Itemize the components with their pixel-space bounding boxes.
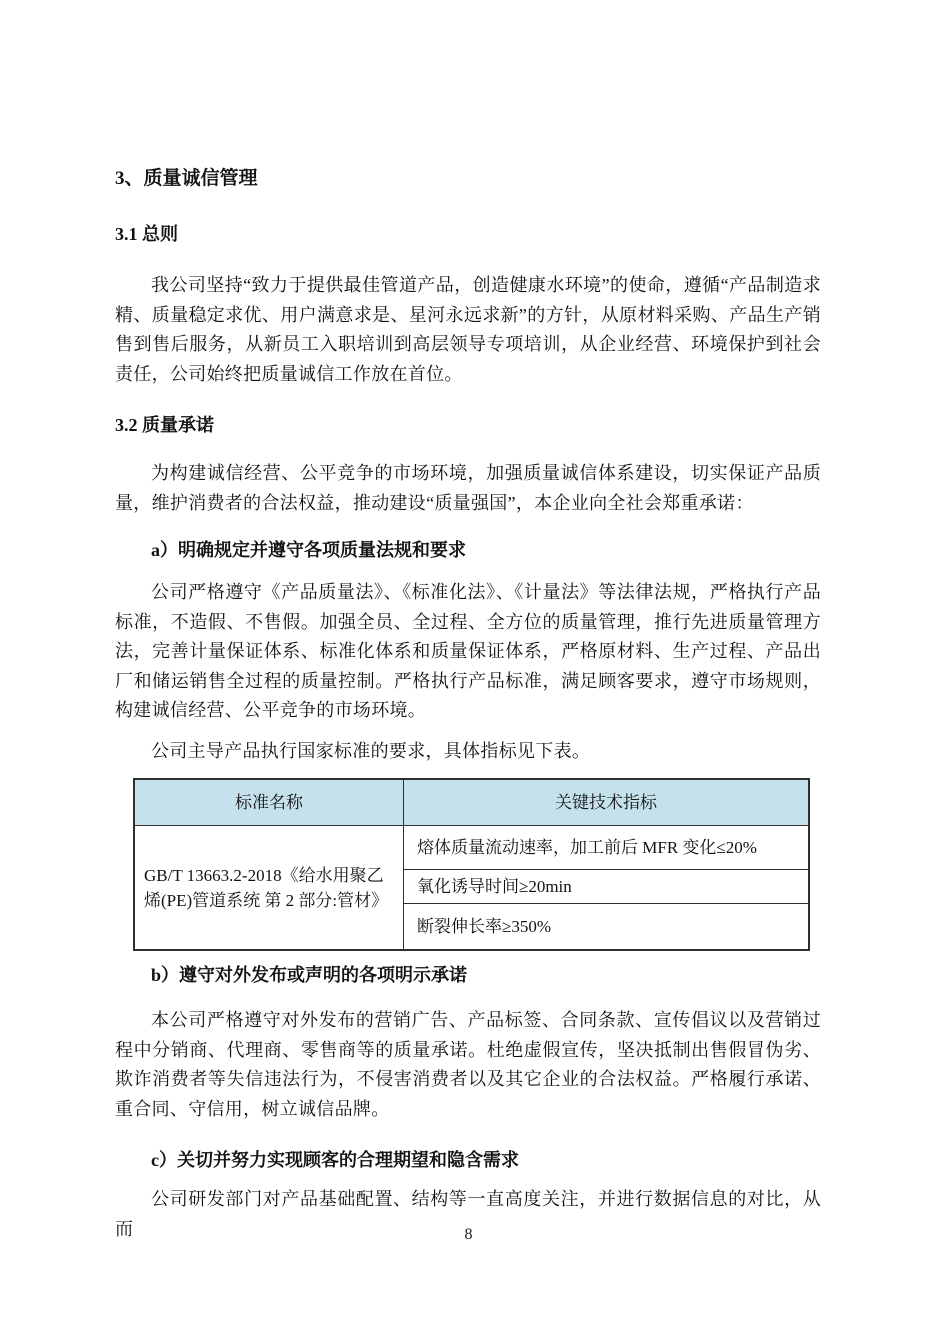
item-c-title: c）关切并努力实现顾客的合理期望和隐含需求	[115, 1147, 821, 1173]
item-a-title: a）明确规定并遵守各项质量法规和要求	[115, 537, 821, 563]
table-header-key-indicators: 关键技术指标	[404, 780, 808, 826]
section-3-2-paragraph: 为构建诚信经营、公平竞争的市场环境，加强质量诚信体系建设，切实保证产品质量，维护…	[115, 459, 821, 518]
item-b-title: b）遵守对外发布或声明的各项明示承诺	[115, 962, 821, 988]
chapter-title: 3、质量诚信管理	[115, 166, 821, 192]
section-3-1-title: 3.1 总则	[115, 221, 821, 247]
table-cell-standard-name: GB/T 13663.2-2018《给水用聚乙烯(PE)管道系统 第 2 部分:…	[135, 826, 404, 949]
item-b-paragraph: 本公司严格遵守对外发布的营销广告、产品标签、合同条款、宣传倡议以及营销过程中分销…	[115, 1006, 821, 1124]
document-page: 3、质量诚信管理 3.1 总则 我公司坚持“致力于提供最佳管道产品，创造健康水环…	[0, 0, 937, 1325]
table-cell-indicator-elongation: 断裂伸长率≥350%	[404, 904, 808, 949]
page-number: 8	[0, 1226, 937, 1244]
table-intro-paragraph: 公司主导产品执行国家标准的要求，具体指标见下表。	[115, 737, 821, 767]
section-3-1-paragraph: 我公司坚持“致力于提供最佳管道产品，创造健康水环境”的使命，遵循“产品制造求精、…	[115, 271, 821, 389]
section-3-2-title: 3.2 质量承诺	[115, 412, 821, 438]
table-cell-indicator-mfr: 熔体质量流动速率，加工前后 MFR 变化≤20%	[404, 826, 808, 870]
item-a-paragraph: 公司严格遵守《产品质量法》、《标准化法》、《计量法》等法律法规，严格执行产品标准…	[115, 578, 821, 726]
table-cell-indicator-oxidation: 氧化诱导时间≥20min	[404, 870, 808, 904]
standards-table: 标准名称 关键技术指标 GB/T 13663.2-2018《给水用聚乙烯(PE)…	[133, 778, 810, 951]
table-header-standard-name: 标准名称	[135, 780, 404, 826]
